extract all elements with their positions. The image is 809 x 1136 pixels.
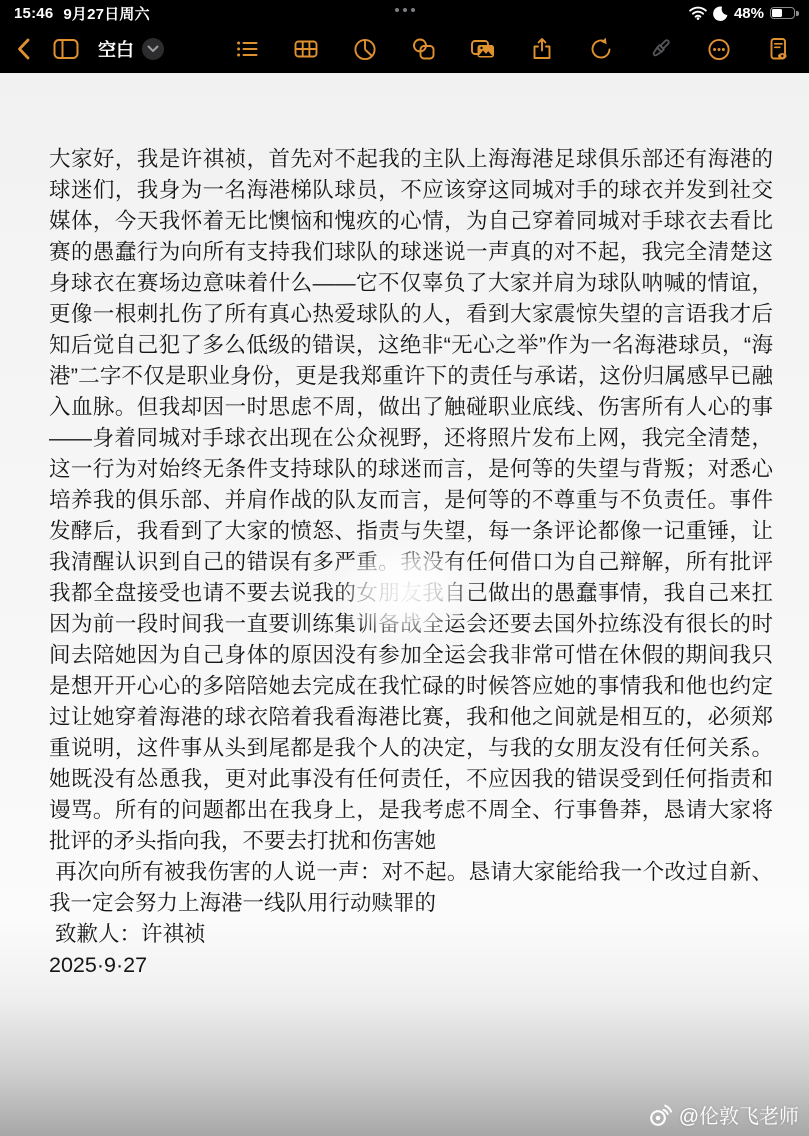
note-page[interactable]: 大家好，我是许祺祯，首先对不起我的主队上海海港足球俱乐部还有海港的球迷们，我身为… xyxy=(0,73,809,1136)
letter-paragraph: 大家好，我是许祺祯，首先对不起我的主队上海海港足球俱乐部还有海港的球迷们，我身为… xyxy=(49,144,773,857)
media-button[interactable] xyxy=(469,35,497,63)
shapes-icon xyxy=(411,36,437,62)
paintbrush-icon xyxy=(647,36,673,62)
back-button[interactable] xyxy=(10,35,38,63)
more-button[interactable] xyxy=(705,35,733,63)
chevron-left-icon xyxy=(13,36,35,62)
status-time: 15:46 xyxy=(14,5,53,22)
watermark-handle: @伦敦飞老师 xyxy=(679,1100,799,1129)
share-icon xyxy=(529,36,555,62)
title-menu-button[interactable] xyxy=(142,38,164,60)
bullet-list-button[interactable] xyxy=(233,35,261,63)
letter-date: 2025·9·27 xyxy=(49,950,773,981)
undo-icon xyxy=(588,36,614,62)
battery-percent: 48% xyxy=(734,5,764,22)
document-title: 空白 xyxy=(98,36,134,62)
pie-chart-button[interactable] xyxy=(351,35,379,63)
undo-button[interactable] xyxy=(587,35,615,63)
battery-icon xyxy=(770,7,795,19)
reader-view-button[interactable] xyxy=(764,35,792,63)
share-button[interactable] xyxy=(528,35,556,63)
wifi-icon xyxy=(689,6,707,20)
multitasking-dots-icon[interactable] xyxy=(395,8,415,12)
bullet-list-icon xyxy=(234,36,260,62)
chevron-down-icon xyxy=(147,45,159,53)
screen: 15:46 9月27日周六 48% xyxy=(0,0,809,1136)
pie-chart-icon xyxy=(352,36,378,62)
weibo-icon xyxy=(648,1103,674,1127)
letter-paragraph: 再次向所有被我伤害的人说一声：对不起。恳请大家能给我一个改过自新、我一定会努力上… xyxy=(49,857,773,919)
document-eye-icon xyxy=(765,36,791,62)
moon-icon xyxy=(713,6,728,21)
status-date: 9月27日周六 xyxy=(63,3,149,24)
table-button[interactable] xyxy=(292,35,320,63)
shapes-button[interactable] xyxy=(410,35,438,63)
photos-icon xyxy=(469,36,497,62)
ellipsis-circle-icon xyxy=(706,36,732,62)
sidebar-icon xyxy=(52,36,80,62)
sidebar-toggle-button[interactable] xyxy=(52,35,80,63)
watermark: @伦敦飞老师 xyxy=(648,1100,799,1129)
apology-letter-text: 大家好，我是许祺祯，首先对不起我的主队上海海港足球俱乐部还有海港的球迷们，我身为… xyxy=(49,144,773,981)
status-bar: 15:46 9月27日周六 48% xyxy=(0,0,809,24)
table-icon xyxy=(293,36,319,62)
toolbar: 空白 xyxy=(0,24,809,73)
letter-signature: 致歉人：许祺祯 xyxy=(49,919,773,950)
markup-button[interactable] xyxy=(646,35,674,63)
